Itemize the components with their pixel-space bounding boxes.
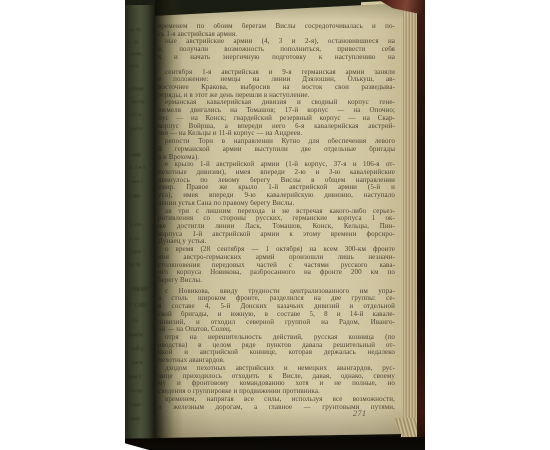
page-number: 271 [353,409,367,418]
text-line: ные австрийские армии (4, 3 и 2-я), оста… [158,38,395,46]
text-line: о время (28 сентября — 1 октября) на все… [158,246,395,254]
text-line: му и фронтовому командованию хотя и не п… [158,380,395,388]
left-page-text-fragment: ика с [131,179,143,185]
text-line: ской бригады, и южную, в составе 5, 8 и … [158,311,395,319]
left-page-text-fragment: а 11 и [128,112,142,118]
text-line: берегу Вислы. [158,277,395,285]
left-page-text-fragment: не по [127,236,140,242]
text-line: е крыло 1-й австрийской армии (1-й корпу… [158,161,395,169]
text-line: столкновения передовых частей с частями … [158,262,395,270]
left-page-text-fragment: расту [130,126,143,132]
book-photo: ие пум, 2аправ.сводв Андрпостра 11 ираст… [125,0,425,450]
left-page-gutter-edge: ие пум, 2аправ.сводв Андрпостра 11 ираст… [125,5,155,439]
left-page-text-fragment: прав. [130,51,142,57]
text-line: отряды, и в этот же день перешли в насту… [158,92,395,100]
text-line: ния австро-германских армий произошли ли… [158,254,395,262]
text-line: восточнее Кракова, выбросив на восток св… [158,84,395,92]
left-page-text-fragment: ие ор [130,388,142,394]
text-line: е, получали возможность пополниться, при… [158,46,395,54]
left-page-text-fragment: ЕРМАНС [126,287,153,294]
left-page-text-fragment: перебр [127,332,143,339]
text-line: временем, напрягая все силы, используя в… [158,396,395,404]
text-line: ой — на Опатов, Солец. [158,326,395,334]
gutter-shadow [155,0,183,444]
left-page-text-fragment: ту [133,318,138,324]
text-line: пехотных авангардов. [158,357,395,365]
left-page-text-fragment: австр [128,262,141,268]
left-page-text-fragment: и гвар [127,152,141,158]
book-page: временем по обоим берегам Вислы сосредот… [155,0,403,442]
text-line: временем по обоим берегам Вислы сосредот… [158,23,395,31]
text-line: пехотные дивизии), имея впереди 2-ю и 3-… [158,169,395,177]
left-page-text-fragment: л. 2-я 1 [129,165,146,172]
text-line: лении устья Сана по правому берегу Вислы… [158,200,395,208]
text-line: ав три с лишним перехода и не встречая к… [158,208,395,216]
text-line: же достигли линии Ласк, Томашов, Конск, … [158,223,395,231]
left-page-text-fragment: ской р [129,346,144,353]
text-line: корпус Войрша, а впереди него 6-я кавале… [158,123,395,131]
bottom-shadow-band [125,437,425,450]
text-line: й германской армии выступили две отдельн… [158,146,395,154]
text-line: корпуса 1-й австрийской армии к этому вр… [158,231,395,239]
text-line: Дунаец у устья. [158,238,395,246]
left-page-text-fragment: 2 дра [128,193,140,199]
left-page-text-fragment: стаж [130,249,141,255]
left-page-text-fragment: тся в [131,360,143,366]
left-page-text-fragment: У САН [128,303,147,310]
left-page-text-fragment: м, 2а [127,39,139,45]
text-line: отря на нерешительность действий, русска… [158,334,395,342]
text-line: е положение: немцы на линии Дзялошин, Ол… [158,76,395,84]
left-page-text-fragment: и гот [130,222,142,228]
text-line: а столь широком фронте, разделился на дв… [158,295,395,303]
text-line: репости Торн в направлении Кутно для обе… [158,138,395,146]
left-page-text-fragment: в Андр [127,86,144,93]
book-cover-edge [417,0,425,450]
text-line: цкой и австрийской коннице, которая держ… [158,349,395,357]
text-line: оводства) в целом ряде пунктов давала ре… [158,342,395,350]
text-line: к и начать энергичную подготовку к насту… [158,54,395,62]
left-page-text-fragment: ие пу [129,27,142,33]
left-page-text-fragment: щая 1 [128,374,142,380]
text-line: ожмеля двигались на Томашов; 17-й корпус… [158,107,395,115]
left-page-text-fragment: корпу [127,416,141,422]
left-page-text-fragment: свод [128,63,139,69]
left-page-text-fragment: Саки [129,402,141,408]
text-block: временем по обоим берегам Вислы сосредот… [158,23,395,411]
text-line: сь 1-я австрийская армия. [158,31,395,39]
text-line: а и Врохема). [158,154,395,162]
text-line: дходом пехотных австрийских и немецких а… [158,365,395,373]
page-background: { "photo": { "description": "Photograph … [0,0,550,450]
text-line: сведения о группировке и продвижении про… [158,388,395,396]
text-line: пус — на Конск; гвардейский резервный ко… [158,115,395,123]
text-line: сентября 1-я австрийская и 9-я германска… [158,69,395,77]
text-line: дивизий, и отходил северной группой на Р… [158,319,395,327]
text-line: ого корпуса Новикова, разбросанного на ф… [158,269,395,277]
text-line: с Новикова, ввиду трудности централизова… [158,288,395,296]
left-page-text-fragment: постр [131,99,145,105]
text-line: двинулось по левому берегу Вислы в общем… [158,177,395,185]
text-line: ротивления со стороны русских, германски… [158,215,395,223]
text-line: ерманская кавалерийская дивизия и сводны… [158,99,395,107]
text-line: омир. Правое же крыло 1-й австрийской ар… [158,184,395,192]
text-line: зия — на Кельцы и 11-й корпус — на Андре… [158,130,395,138]
text-line: в составе 4, 5-й Донских казачьих дивизи… [158,303,395,311]
text-line: нице приходилось отходить к Висле, давая… [158,373,395,381]
text-line: уса), имея впереди 9-ю кавалерийскую див… [158,192,395,200]
